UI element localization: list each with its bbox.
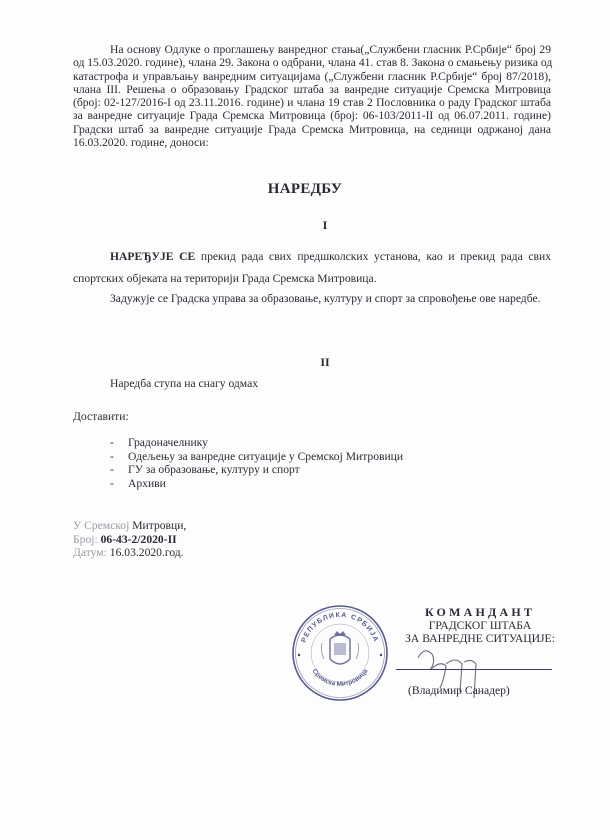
order-bold-lead: НАРЕЂУЈЕ СЕ: [110, 250, 195, 263]
date-line: Датум: 16.03.2020.год.: [73, 546, 186, 560]
order-line-1-text: прекид рада свих предшколских установа, …: [195, 250, 551, 263]
signatory-name: (Владимир Санадер): [408, 684, 510, 697]
intro-line: катастрофа и управљању ванредним ситуаци…: [73, 70, 551, 83]
dash-bullet: -: [110, 450, 114, 464]
intro-line: Градски штаб за ванредне ситуације Града…: [73, 123, 551, 136]
intro-line: 16.03.2020. године, доноси:: [73, 136, 551, 149]
place-prefix: У Сремској: [73, 519, 129, 532]
deliver-list: -Градоначелнику -Одељењу за ванредне сит…: [110, 436, 403, 490]
order-line-2: спортских објеката на територији Града С…: [73, 268, 551, 290]
intro-line: члана III. Решења о образовању Градског …: [73, 83, 551, 96]
dash-bullet: -: [110, 463, 114, 477]
section-numeral-1: I: [0, 218, 610, 233]
number-value: 06-43-2/2020-II: [101, 533, 177, 546]
assignment-paragraph: Задужује се Градска управа за образовање…: [110, 292, 541, 305]
order-paragraph: НАРЕЂУЈЕ СЕ прекид рада свих предшколски…: [73, 246, 551, 290]
date-value: 16.03.2020.год.: [110, 546, 184, 559]
effective-text: Наредба ступа на снагу одмах: [110, 377, 258, 390]
list-item: -ГУ за образовање, културу и спорт: [110, 463, 403, 477]
list-item: -Одељењу за ванредне ситуације у Сремско…: [110, 450, 403, 464]
list-item: -Архиви: [110, 477, 403, 491]
list-item-text: Одељењу за ванредне ситуације у Сремској…: [128, 450, 403, 463]
list-item: -Градоначелнику: [110, 436, 403, 450]
number-line: Број: 06-43-2/2020-II: [73, 533, 186, 547]
svg-text:РЕПУБЛИКА СРБИЈА: РЕПУБЛИКА СРБИЈА: [301, 612, 380, 644]
place-line: У Сремској Митровци,: [73, 519, 186, 533]
intro-paragraph: На основу Одлуке о проглашењу ванредног …: [73, 43, 551, 149]
signatory-title-line: ГРАДСКОГ ШТАБА: [400, 619, 560, 632]
intro-line: На основу Одлуке о проглашењу ванредног …: [73, 43, 551, 56]
intro-line: за ванредне ситуације Града Сремска Митр…: [73, 109, 551, 122]
list-item-text: Градоначелнику: [128, 436, 208, 449]
order-line-1: НАРЕЂУЈЕ СЕ прекид рада свих предшколски…: [73, 246, 551, 268]
list-item-text: ГУ за образовање, културу и спорт: [128, 463, 300, 476]
signatory-rank: КОМАНДАНТ: [400, 606, 560, 619]
document-page: На основу Одлуке о проглашењу ванредног …: [0, 0, 610, 840]
document-meta: У Сремској Митровци, Број: 06-43-2/2020-…: [73, 519, 186, 560]
deliver-label: Доставити:: [73, 410, 129, 423]
svg-text:Сремска Митровица: Сремска Митровица: [311, 668, 370, 688]
list-item-text: Архиви: [128, 477, 166, 490]
document-title: НАРЕДБУ: [0, 181, 610, 198]
dash-bullet: -: [110, 477, 114, 491]
date-label: Датум:: [73, 546, 110, 559]
section-numeral-2: II: [0, 355, 610, 370]
dash-bullet: -: [110, 436, 114, 450]
intro-line: од 15.03.2020. године), члана 29. Закона…: [73, 56, 551, 69]
official-stamp-icon: РЕПУБЛИКА СРБИЈА Сремска Митровица: [290, 603, 390, 703]
place-suffix: Митровци,: [129, 519, 186, 532]
number-label: Број:: [73, 533, 101, 546]
intro-line: (број: 02-127/2016-I од 23.11.2016. годи…: [73, 96, 551, 109]
